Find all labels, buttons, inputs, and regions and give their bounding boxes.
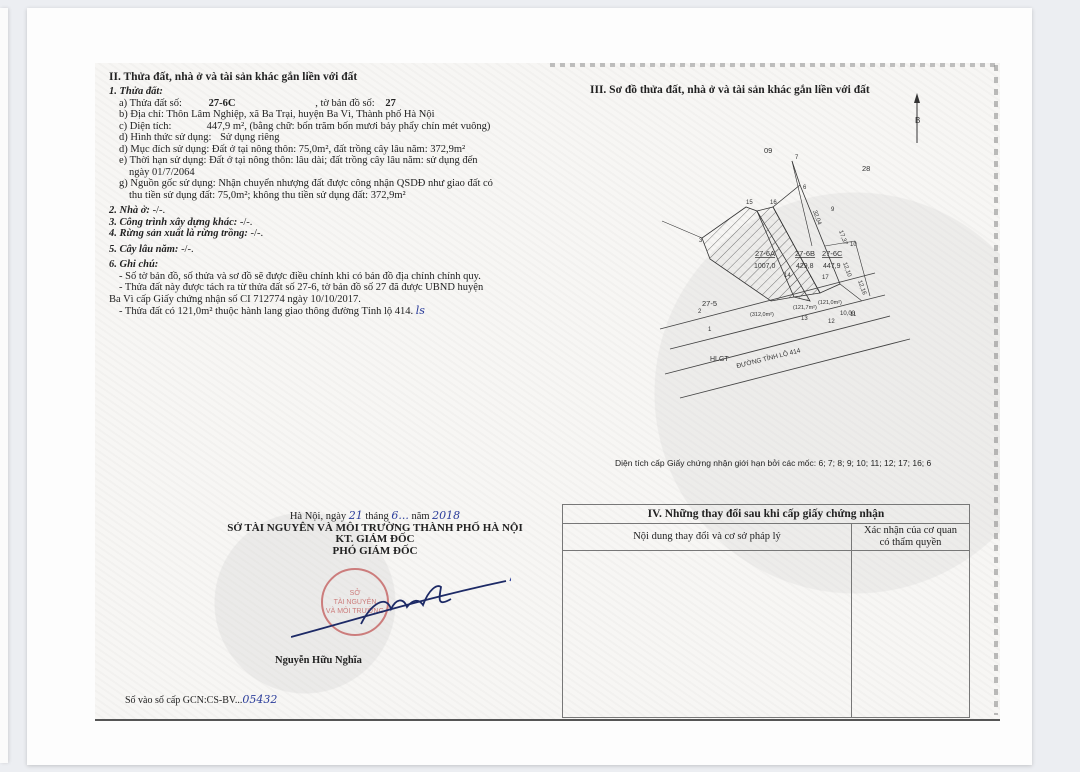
- svg-text:12: 12: [828, 319, 835, 325]
- note-item: - Thửa đất này được tách ra từ thửa đất …: [109, 282, 539, 294]
- purpose-row: d) Mục đích sử dụng: Đất ở tại nông thôn…: [109, 144, 539, 156]
- svg-text:6: 6: [803, 185, 807, 191]
- note-item: - Số tờ bản đồ, số thửa và sơ đồ sẽ được…: [109, 271, 539, 283]
- svg-text:10: 10: [850, 242, 857, 248]
- term-row: e) Thời hạn sử dụng: Đất ở tại nông thôn…: [109, 155, 539, 167]
- notes-heading: 6. Ghi chú:: [109, 259, 539, 271]
- svg-text:9: 9: [831, 207, 835, 213]
- svg-text:HLGT: HLGT: [710, 356, 729, 363]
- parcel-heading: 1. Thửa đất:: [109, 86, 539, 98]
- note-item: - Thửa đất có 121,0m² thuộc hành lang gi…: [109, 305, 539, 318]
- term-row-cont: ngày 01/7/2064: [109, 167, 539, 179]
- svg-text:429,8: 429,8: [796, 263, 814, 270]
- map-sheet-number: 27: [377, 98, 396, 109]
- svg-text:(121,7m²): (121,7m²): [793, 305, 817, 311]
- column-header-change-content: Nội dung thay đổi và cơ sở pháp lý: [563, 524, 852, 551]
- item-perennial-trees: 5. Cây lâu năm: -/-.: [109, 244, 539, 256]
- svg-text:(121,0m²): (121,0m²): [818, 300, 842, 306]
- svg-text:27-6C: 27-6C: [822, 249, 843, 258]
- item-house: 2. Nhà ở: -/-.: [109, 205, 539, 217]
- signing-block: Hà Nội, ngày 21 tháng 6... năm 2018 SỞ T…: [215, 510, 535, 557]
- map-caption: Diện tích cấp Giấy chứng nhận giới hạn b…: [615, 458, 931, 468]
- parcel-number-row: a) Thửa đất số: 27-6C , tờ bản đồ số: 27: [109, 98, 539, 110]
- svg-text:28: 28: [862, 164, 870, 173]
- svg-text:(312,0m²): (312,0m²): [750, 312, 774, 318]
- change-content-cell: [563, 551, 852, 718]
- registry-number: Số vào sổ cấp GCN:CS-BV...05432: [125, 693, 277, 706]
- note-item: Ba Vì cấp Giấy chứng nhận số CI 712774 n…: [109, 294, 539, 306]
- on-behalf-of: KT. GIÁM ĐỐC: [215, 534, 535, 546]
- decorative-border: [550, 63, 1000, 67]
- signature-icon: [291, 569, 511, 649]
- svg-text:13: 13: [801, 316, 808, 322]
- svg-text:14: 14: [784, 273, 791, 279]
- usage-form-value: Sử dụng riêng: [214, 132, 279, 143]
- svg-text:16: 16: [770, 200, 777, 206]
- origin-value: Nhận chuyển nhượng đất được công nhận QS…: [218, 178, 493, 189]
- handwritten-initial: ls: [416, 304, 425, 317]
- right-page: III. Sơ đồ thửa đất, nhà ở và tài sản kh…: [550, 71, 995, 711]
- area-row: c) Diện tích: 447,9 m², (bằng chữ: bốn t…: [109, 121, 539, 133]
- address-value: Thôn Lâm Nghiệp, xã Ba Trại, huyện Ba Vì…: [166, 109, 434, 120]
- svg-text:2: 2: [698, 309, 702, 315]
- svg-text:27-6B: 27-6B: [795, 249, 815, 258]
- svg-text:27-6A: 27-6A: [755, 249, 775, 258]
- item-production-forest: 4. Rừng sản xuất là rừng trồng: -/-.: [109, 228, 539, 240]
- origin-row: g) Nguồn gốc sử dụng: Nhận chuyển nhượng…: [109, 178, 539, 190]
- svg-text:12,10: 12,10: [841, 262, 852, 279]
- changes-table: IV. Những thay đổi sau khi cấp giấy chứn…: [562, 504, 970, 718]
- road-label: ĐƯỜNG TỈNH LỘ 414: [735, 345, 801, 370]
- left-page: II. Thửa đất, nhà ở và tài sản khác gắn …: [109, 71, 539, 318]
- svg-text:B: B: [915, 116, 920, 125]
- svg-text:09: 09: [764, 146, 772, 155]
- svg-text:7: 7: [795, 155, 799, 161]
- page-edge: [95, 719, 1000, 721]
- changes-table-title: IV. Những thay đổi sau khi cấp giấy chứn…: [563, 505, 970, 524]
- north-arrow-icon: B: [914, 93, 920, 143]
- svg-text:10,00: 10,00: [840, 311, 856, 317]
- parcel-map: B ĐƯỜNG TỈNH LỘ 414 09: [550, 91, 995, 451]
- signer-position: PHÓ GIÁM ĐỐC: [215, 546, 535, 558]
- svg-text:17: 17: [822, 275, 829, 281]
- svg-text:12,16: 12,16: [856, 280, 867, 297]
- column-header-confirmation: Xác nhận của cơ quan có thẩm quyền: [852, 524, 970, 551]
- confirmation-cell: [852, 551, 970, 718]
- certificate-scan: II. Thửa đất, nhà ở và tài sản khác gắn …: [95, 63, 1000, 721]
- svg-text:27-5: 27-5: [702, 299, 717, 308]
- purpose-value: Đất ở tại nông thôn: 75,0m², đất trồng c…: [212, 144, 465, 155]
- parcel-number: 27-6C: [185, 98, 279, 110]
- usage-form-row: d) Hình thức sử dụng: Sử dụng riêng: [109, 132, 539, 144]
- photo-viewer-card: II. Thửa đất, nhà ở và tài sản khác gắn …: [27, 8, 1032, 765]
- area-value: 447,9 m², (bằng chữ: bốn trăm bốn mươi b…: [207, 121, 491, 132]
- item-other-construction: 3. Công trình xây dựng khác: -/-.: [109, 217, 539, 229]
- svg-text:1007,0: 1007,0: [754, 263, 776, 270]
- signer-name: Nguyễn Hữu Nghĩa: [275, 655, 362, 666]
- svg-text:15: 15: [746, 200, 753, 206]
- svg-text:32,04: 32,04: [811, 210, 822, 227]
- term-value: Đất ở tại nông thôn: lâu dài; đất trồng …: [209, 155, 477, 166]
- svg-text:447,9: 447,9: [823, 263, 841, 270]
- section-ii-title: II. Thửa đất, nhà ở và tài sản khác gắn …: [109, 71, 539, 83]
- signing-date: Hà Nội, ngày 21 tháng 6... năm 2018: [215, 510, 535, 523]
- origin-row-cont: thu tiền sử dụng đất: 75,0m²; không thu …: [109, 190, 539, 202]
- previous-photo-edge[interactable]: [0, 8, 8, 763]
- svg-text:1: 1: [708, 327, 712, 333]
- address-row: b) Địa chỉ: Thôn Lâm Nghiệp, xã Ba Trại,…: [109, 109, 539, 121]
